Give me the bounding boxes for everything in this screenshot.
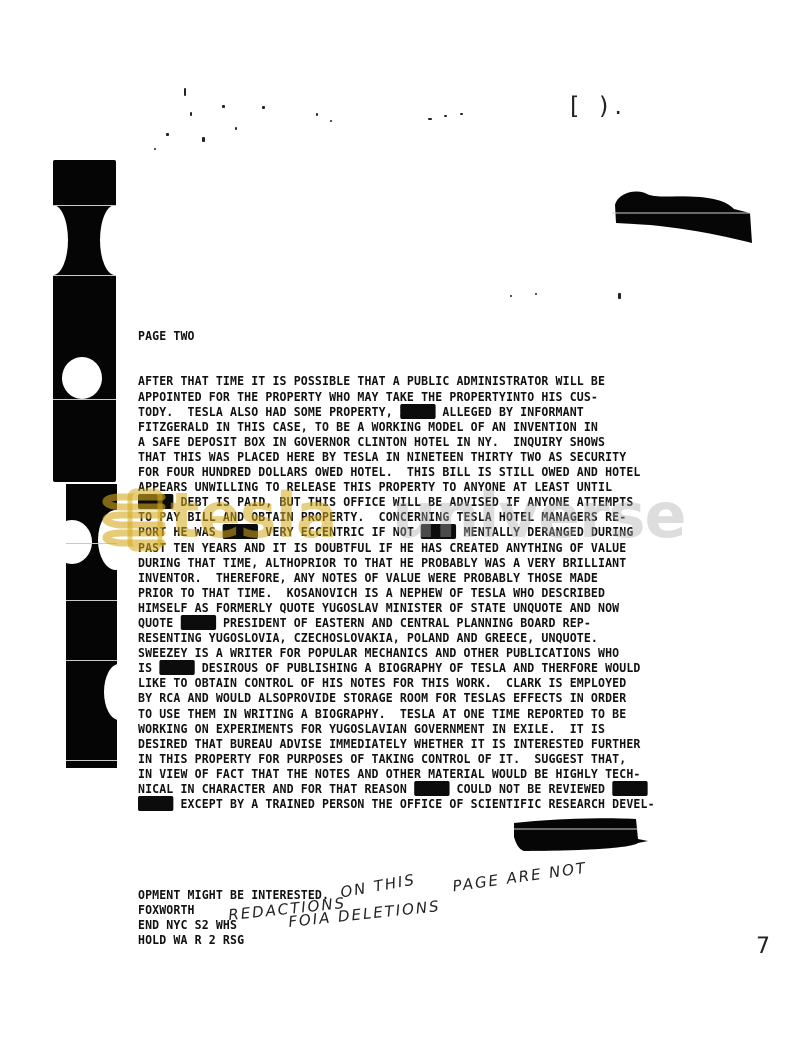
- text-line: THAT THIS WAS PLACED HERE BY TESLA IN NI…: [138, 449, 655, 464]
- punch-hole-lower-3: [104, 664, 134, 720]
- message-body: AFTER THAT TIME IT IS POSSIBLE THAT A PU…: [138, 373, 655, 811]
- text-line: FITZGERALD IN THIS CASE, TO BE A WORKING…: [138, 419, 655, 434]
- punch-hole-top-notch-right: [100, 205, 130, 275]
- scan-speck: [262, 106, 265, 109]
- text-line: XXXXX DEBT IS PAID, BUT THIS OFFICE WILL…: [138, 494, 655, 509]
- text-line: HOLD WA R 2 RSG: [138, 932, 655, 947]
- scan-artifact-line: [66, 600, 117, 601]
- text-line: LIKE TO OBTAIN CONTROL OF HIS NOTES FOR …: [138, 675, 655, 690]
- text-line: APPOINTED FOR THE PROPERTY WHO MAY TAKE …: [138, 389, 655, 404]
- scan-speck: [202, 137, 205, 142]
- redaction-mark: XXXXX: [400, 404, 435, 419]
- text-line: IN VIEW OF FACT THAT THE NOTES AND OTHER…: [138, 766, 655, 781]
- scan-speck: [316, 113, 318, 116]
- page-heading: PAGE TWO: [138, 328, 655, 343]
- text-line: FOR FOUR HUNDRED DOLLARS OWED HOTEL. THI…: [138, 464, 655, 479]
- scan-speck: [428, 118, 432, 120]
- punch-hole-top-notch-left: [38, 205, 68, 275]
- scan-speck: [166, 133, 169, 136]
- scan-speck: [535, 293, 537, 295]
- redaction-mark: XXXXX: [223, 524, 258, 539]
- redaction-mark: XXXXX: [612, 781, 647, 796]
- punch-hole-upper: [62, 357, 102, 399]
- text-line: IS XXXXX DESIROUS OF PUBLISHING A BIOGRA…: [138, 660, 655, 675]
- scanned-document-page: [ ). PAGE TWO AFTER THAT TIME IT IS POSS…: [0, 0, 800, 1043]
- text-line: WORKING ON EXPERIMENTS FOR YUGOSLAVIAN G…: [138, 721, 655, 736]
- text-line: PAST TEN YEARS AND IT IS DOUBTFUL IF HE …: [138, 540, 655, 555]
- text-line: IN THIS PROPERTY FOR PURPOSES OF TAKING …: [138, 751, 655, 766]
- scan-artifact-line: [53, 399, 116, 400]
- text-line: DESIRED THAT BUREAU ADVISE IMMEDIATELY W…: [138, 736, 655, 751]
- redaction-mark: XXXXX: [138, 796, 173, 811]
- scan-artifact-line: [53, 275, 116, 276]
- text-line: APPEARS UNWILLING TO RELEASE THIS PROPER…: [138, 479, 655, 494]
- punch-hole-lower-2: [98, 510, 134, 570]
- scan-speck: [190, 112, 192, 116]
- scan-speck: [460, 113, 463, 115]
- text-line: PORT HE WAS XXXXX VERY ECCENTRIC IF NOT …: [138, 524, 655, 539]
- scan-speck: [184, 88, 186, 96]
- text-line: XXXXX EXCEPT BY A TRAINED PERSON THE OFF…: [138, 796, 655, 811]
- scan-speck: [235, 127, 237, 130]
- text-line: TODY. TESLA ALSO HAD SOME PROPERTY, XXXX…: [138, 404, 655, 419]
- text-line: QUOTE XXXXX PRESIDENT OF EASTERN AND CEN…: [138, 615, 655, 630]
- redaction-bar-left-top: [53, 160, 116, 482]
- text-line: A SAFE DEPOSIT BOX IN GOVERNOR CLINTON H…: [138, 434, 655, 449]
- text-line: PRIOR TO THAT TIME. KOSANOVICH IS A NEPH…: [138, 585, 655, 600]
- text-line: HIMSELF AS FORMERLY QUOTE YUGOSLAV MINIS…: [138, 600, 655, 615]
- redaction-mark: XXXXX: [421, 524, 456, 539]
- redaction-blob-top-right: [610, 185, 760, 245]
- scan-speck: [222, 105, 225, 108]
- scan-artifact-line: [53, 205, 116, 206]
- scan-speck: [154, 148, 156, 150]
- page-number: 7: [756, 934, 770, 959]
- scan-speck: [444, 115, 447, 117]
- text-line: DURING THAT TIME, ALTHOPRIOR TO THAT HE …: [138, 555, 655, 570]
- scan-speck: [330, 120, 332, 122]
- text-line: TO USE THEM IN WRITING A BIOGRAPHY. TESL…: [138, 706, 655, 721]
- text-line: SWEEZEY IS A WRITER FOR POPULAR MECHANIC…: [138, 645, 655, 660]
- text-line: BY RCA AND WOULD ALSOPROVIDE STORAGE ROO…: [138, 690, 655, 705]
- redaction-mark: XXXXX: [180, 615, 215, 630]
- scan-artifact-line: [66, 660, 117, 661]
- redaction-mark: XXXXX: [414, 781, 449, 796]
- text-line: RESENTING YUGOSLOVIA, CZECHOSLOVAKIA, PO…: [138, 630, 655, 645]
- redaction-mark: XXXXX: [138, 494, 173, 509]
- top-handmark: [ ).: [570, 92, 628, 120]
- punch-hole-lower-1: [52, 520, 92, 564]
- spacer: [138, 841, 655, 856]
- redaction-mark: XXXXX: [159, 660, 194, 675]
- text-line: NICAL IN CHARACTER AND FOR THAT REASON X…: [138, 781, 655, 796]
- text-line: TO PAY BILL AND OBTAIN PROPERTY. CONCERN…: [138, 509, 655, 524]
- text-line: AFTER THAT TIME IT IS POSSIBLE THAT A PU…: [138, 373, 655, 388]
- scan-artifact-line: [66, 543, 117, 544]
- scan-speck: [510, 295, 512, 297]
- text-line: INVENTOR. THEREFORE, ANY NOTES OF VALUE …: [138, 570, 655, 585]
- scan-artifact-line: [66, 760, 117, 761]
